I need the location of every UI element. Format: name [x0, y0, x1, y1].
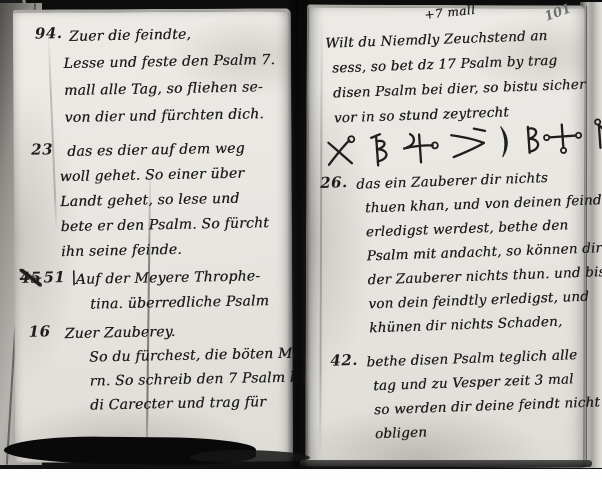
manuscript-line: bete er den Psalm. So fürcht — [60, 211, 294, 240]
manuscript-block: 42.bethe disen Psalm teglich alletag und… — [320, 342, 599, 448]
crescent-sigil — [496, 124, 514, 159]
manuscript-block: Wilt du Niemdly Zeuchstend ansess, so be… — [309, 23, 588, 133]
page-bottom-edge — [300, 460, 592, 467]
margin-number: 42. — [330, 351, 358, 370]
margin-number-text: 51 | — [43, 268, 77, 287]
n-circles-sigil — [591, 116, 602, 152]
margin-number: 94. — [35, 24, 63, 43]
manuscript-line: rn. So schreib den 7 Psalm bei — [89, 366, 297, 394]
folio-number: 101 — [543, 1, 574, 24]
manuscript-block: 16Zuer Zauberey.So du fürchest, die böte… — [19, 318, 299, 419]
struck-margin-number: 45 — [19, 269, 41, 287]
margin-number: 26. — [320, 173, 348, 192]
manuscript-block: 4551 |Auf der Meyere Throphe-tina. überr… — [17, 264, 296, 319]
margin-number: 23 — [31, 140, 53, 158]
manuscript-line: ihn seine feinde. — [61, 236, 295, 265]
manuscript-block: 26.das ein Zauberer dir nichtsthuen khan… — [314, 165, 596, 343]
manuscript-block: 23das es dier auf dem wegwoll gehet. So … — [15, 136, 295, 266]
book-photo: 94.Zuer die feindte,Lesse und feste den … — [0, 0, 602, 469]
margin-number-text: 42. — [330, 351, 358, 370]
b-cross-sigil — [521, 119, 585, 157]
times-annotation: +7 mall — [424, 3, 476, 22]
left-page-text: 94.Zuer die feindte,Lesse und feste den … — [13, 8, 300, 463]
jupiter-sigil — [400, 129, 440, 166]
right-page: +7 mall 101 Wilt du Niemdly Zeuchstend a… — [305, 5, 585, 468]
stroked-b-sigil — [365, 132, 393, 168]
margin-number-text: 16 — [29, 322, 51, 340]
book-gutter-shadow — [287, 0, 311, 469]
right-page-text: +7 mall 101 Wilt du Niemdly Zeuchstend a… — [308, 0, 600, 467]
margin-number-text: 94. — [35, 24, 63, 43]
margin-number-text: 26. — [320, 173, 348, 192]
margin-number: 16 — [29, 322, 51, 340]
margin-number-text: 23 — [31, 140, 53, 158]
greater-arrow-sigil — [447, 126, 489, 163]
manuscript-line: di Carecter und trag für — [90, 390, 298, 418]
manuscript-block: 94.Zuer die feindte,Lesse und feste den … — [13, 20, 293, 133]
page-bottom-shadow — [190, 450, 310, 463]
manuscript-line: von dier und fürchten dich. — [64, 101, 292, 132]
margin-number: 4551 | — [19, 268, 77, 287]
x-circle-sigil — [322, 135, 358, 171]
left-page: 94.Zuer die feindte,Lesse und feste den … — [13, 8, 293, 462]
manuscript-line: tina. überredliche Psalm — [90, 289, 296, 318]
manuscript-line: Zuer die feindte, — [69, 20, 291, 51]
